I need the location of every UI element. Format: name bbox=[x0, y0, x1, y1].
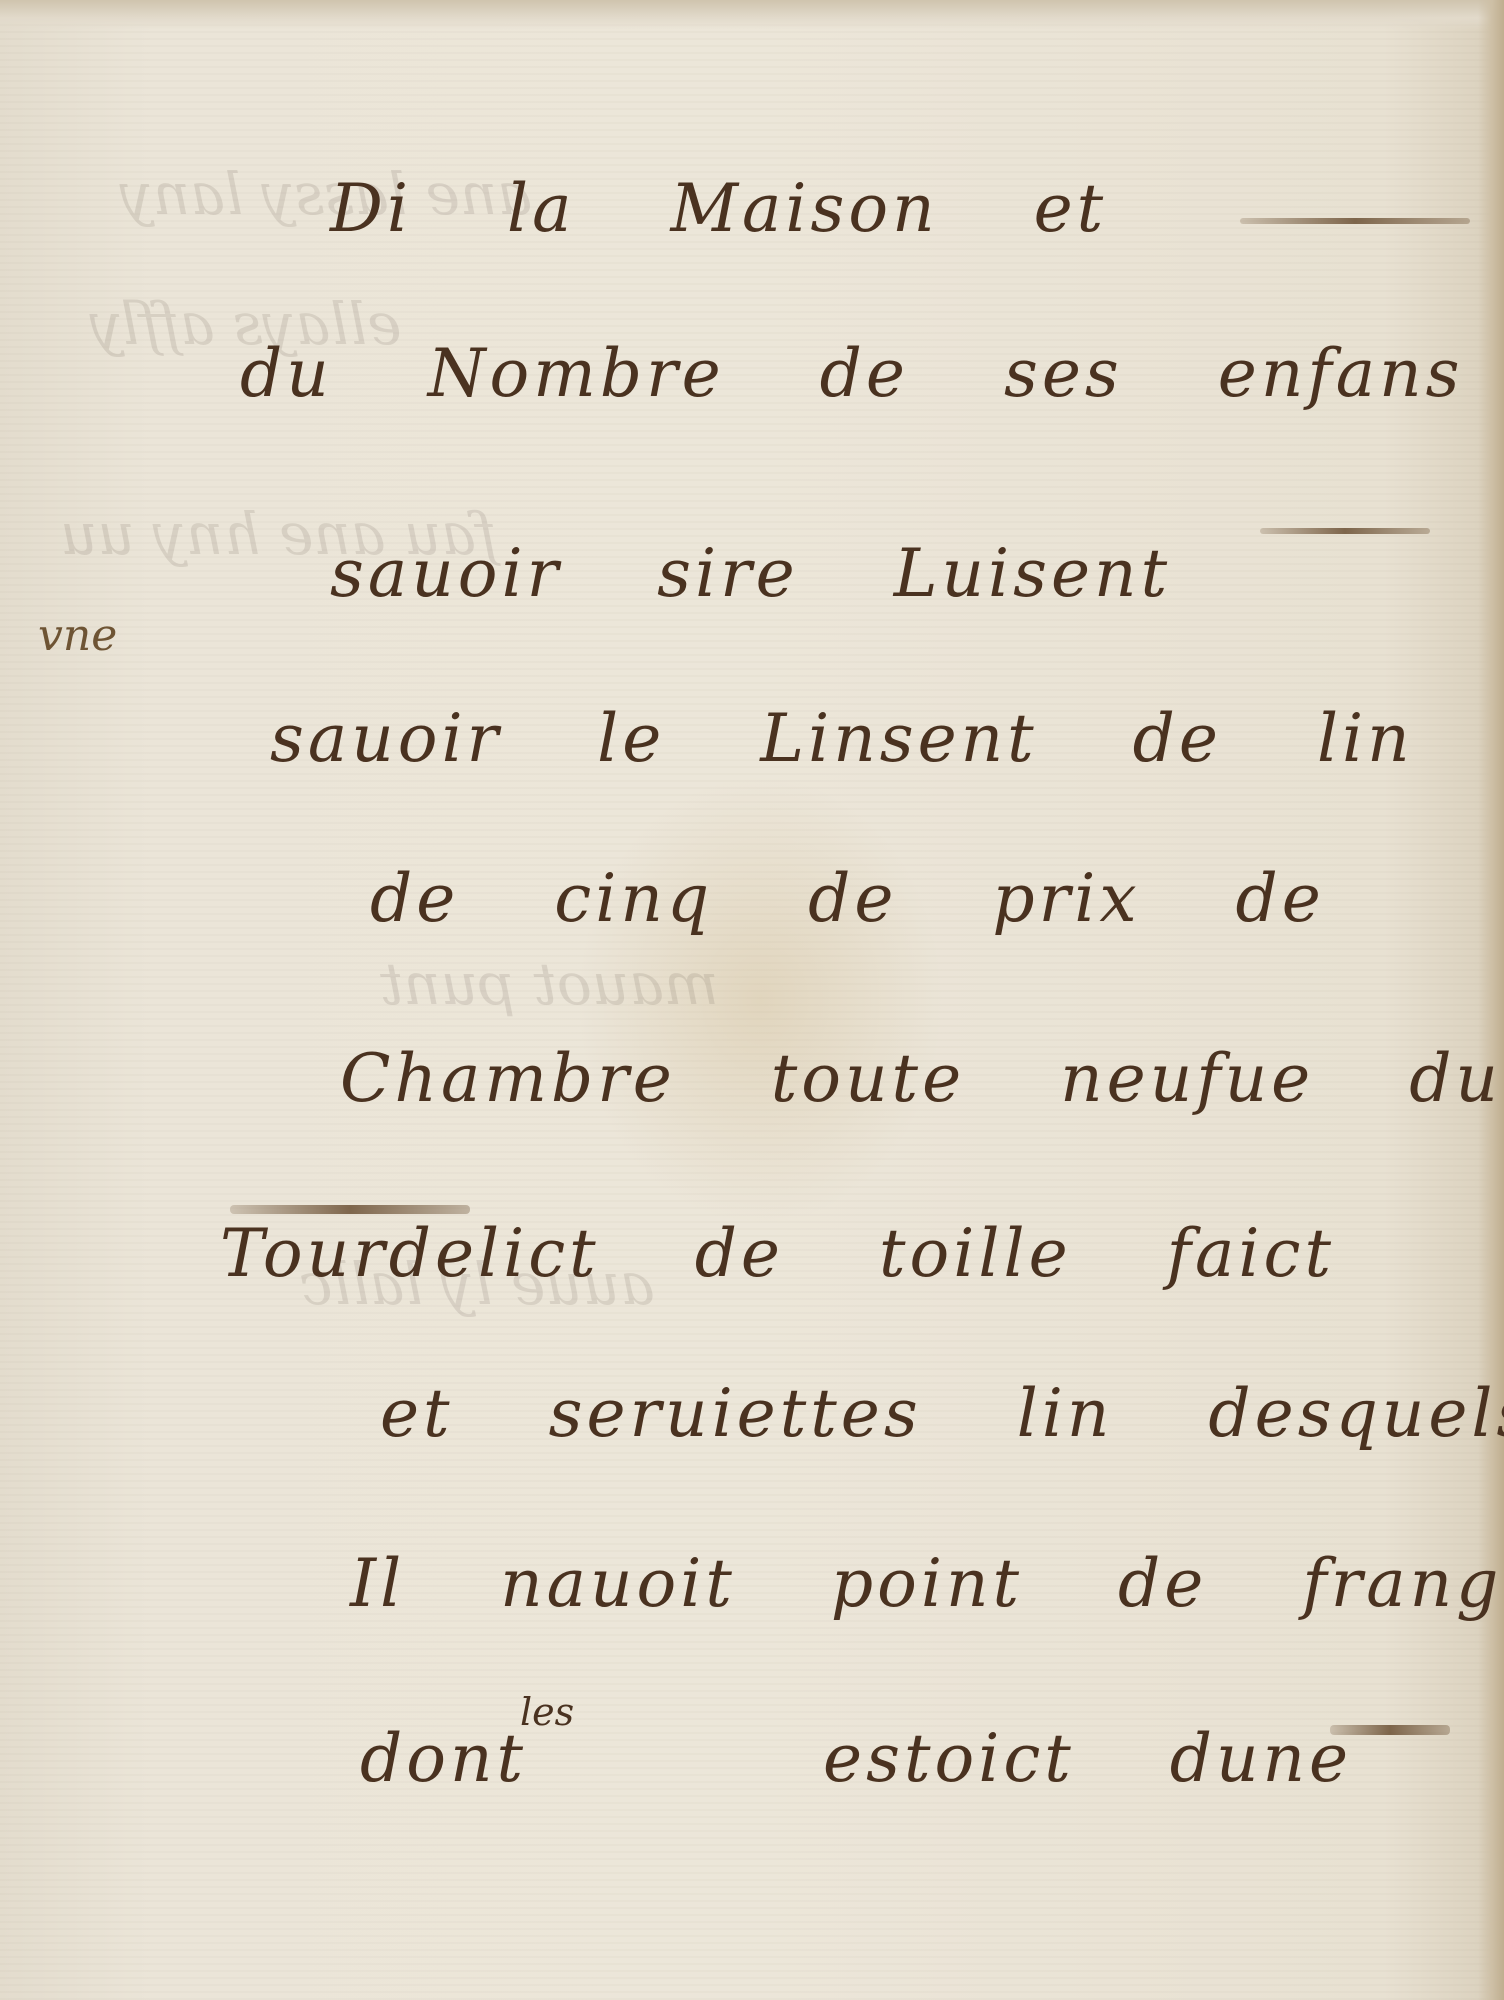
word: cinq bbox=[554, 860, 713, 937]
ink-flourish bbox=[1260, 528, 1430, 534]
ink-flourish bbox=[1330, 1725, 1450, 1735]
word: de bbox=[1236, 860, 1325, 937]
ink-flourish bbox=[230, 1205, 470, 1214]
word: ses bbox=[1004, 335, 1123, 412]
word: la bbox=[507, 170, 575, 247]
margin-note: vne bbox=[38, 610, 117, 661]
word: toille bbox=[879, 1215, 1072, 1292]
word: toute bbox=[771, 1040, 965, 1117]
word: de bbox=[695, 1215, 784, 1292]
word: Maison bbox=[670, 170, 938, 247]
word: Linsent bbox=[760, 700, 1037, 777]
word: sauoir bbox=[270, 700, 502, 777]
bleed-through-text: mauot punt bbox=[380, 950, 719, 1018]
word: et bbox=[1034, 170, 1108, 247]
word: lin bbox=[1317, 700, 1414, 777]
word: Nombre bbox=[428, 335, 725, 412]
word: du bbox=[240, 335, 333, 412]
word: de bbox=[370, 860, 459, 937]
ink-flourish bbox=[1240, 218, 1470, 224]
word: Di bbox=[330, 170, 412, 247]
manuscript-line-10: dont les estoict dune bbox=[360, 1720, 1422, 1797]
paper-binding-edge bbox=[1478, 0, 1504, 2000]
word: de bbox=[1133, 700, 1222, 777]
word: prix bbox=[992, 860, 1140, 937]
manuscript-line-3: sauoir sire Luisent bbox=[330, 535, 1241, 612]
word: lin bbox=[1017, 1375, 1114, 1452]
word: Il bbox=[350, 1545, 405, 1622]
word: nauoit bbox=[500, 1545, 736, 1622]
word: dune bbox=[1170, 1720, 1352, 1797]
manuscript-line-8: et seruiettes lin desquels bbox=[380, 1375, 1504, 1452]
word: point bbox=[831, 1545, 1023, 1622]
word: neufue bbox=[1060, 1040, 1314, 1117]
word: le bbox=[597, 700, 665, 777]
manuscript-line-7: Tourdelict de toille faict bbox=[220, 1215, 1405, 1292]
word: frange bbox=[1302, 1545, 1504, 1622]
word: faict bbox=[1167, 1215, 1335, 1292]
word: Tourdelict bbox=[220, 1215, 600, 1292]
manuscript-line-2: du Nombre de ses enfans bbox=[240, 335, 1504, 412]
word: dune bbox=[1409, 1040, 1504, 1117]
word: Chambre bbox=[340, 1040, 676, 1117]
word: desquels bbox=[1208, 1375, 1504, 1452]
manuscript-line-9: Il nauoit point de frange bbox=[350, 1545, 1504, 1622]
manuscript-page: ane lassy lany ellays affly fau ane hny … bbox=[0, 0, 1504, 2000]
word: de bbox=[808, 860, 897, 937]
word: de bbox=[820, 335, 909, 412]
manuscript-line-6: Chambre toute neufue dune bbox=[340, 1040, 1504, 1117]
word: Luisent bbox=[894, 535, 1171, 612]
word: de bbox=[1118, 1545, 1207, 1622]
manuscript-line-1: Di la Maison et bbox=[330, 170, 1177, 247]
word: estoict bbox=[823, 1720, 1075, 1797]
word: sire bbox=[657, 535, 799, 612]
word: sauoir bbox=[330, 535, 562, 612]
word: et bbox=[380, 1375, 454, 1452]
manuscript-line-5: de cinq de prix de bbox=[370, 860, 1395, 937]
word: seruiettes bbox=[549, 1375, 922, 1452]
word: enfans bbox=[1218, 335, 1464, 412]
manuscript-line-4: sauoir le Linsent de lin bbox=[270, 700, 1484, 777]
paper-top-edge bbox=[0, 0, 1504, 30]
word: dont bbox=[360, 1720, 527, 1797]
